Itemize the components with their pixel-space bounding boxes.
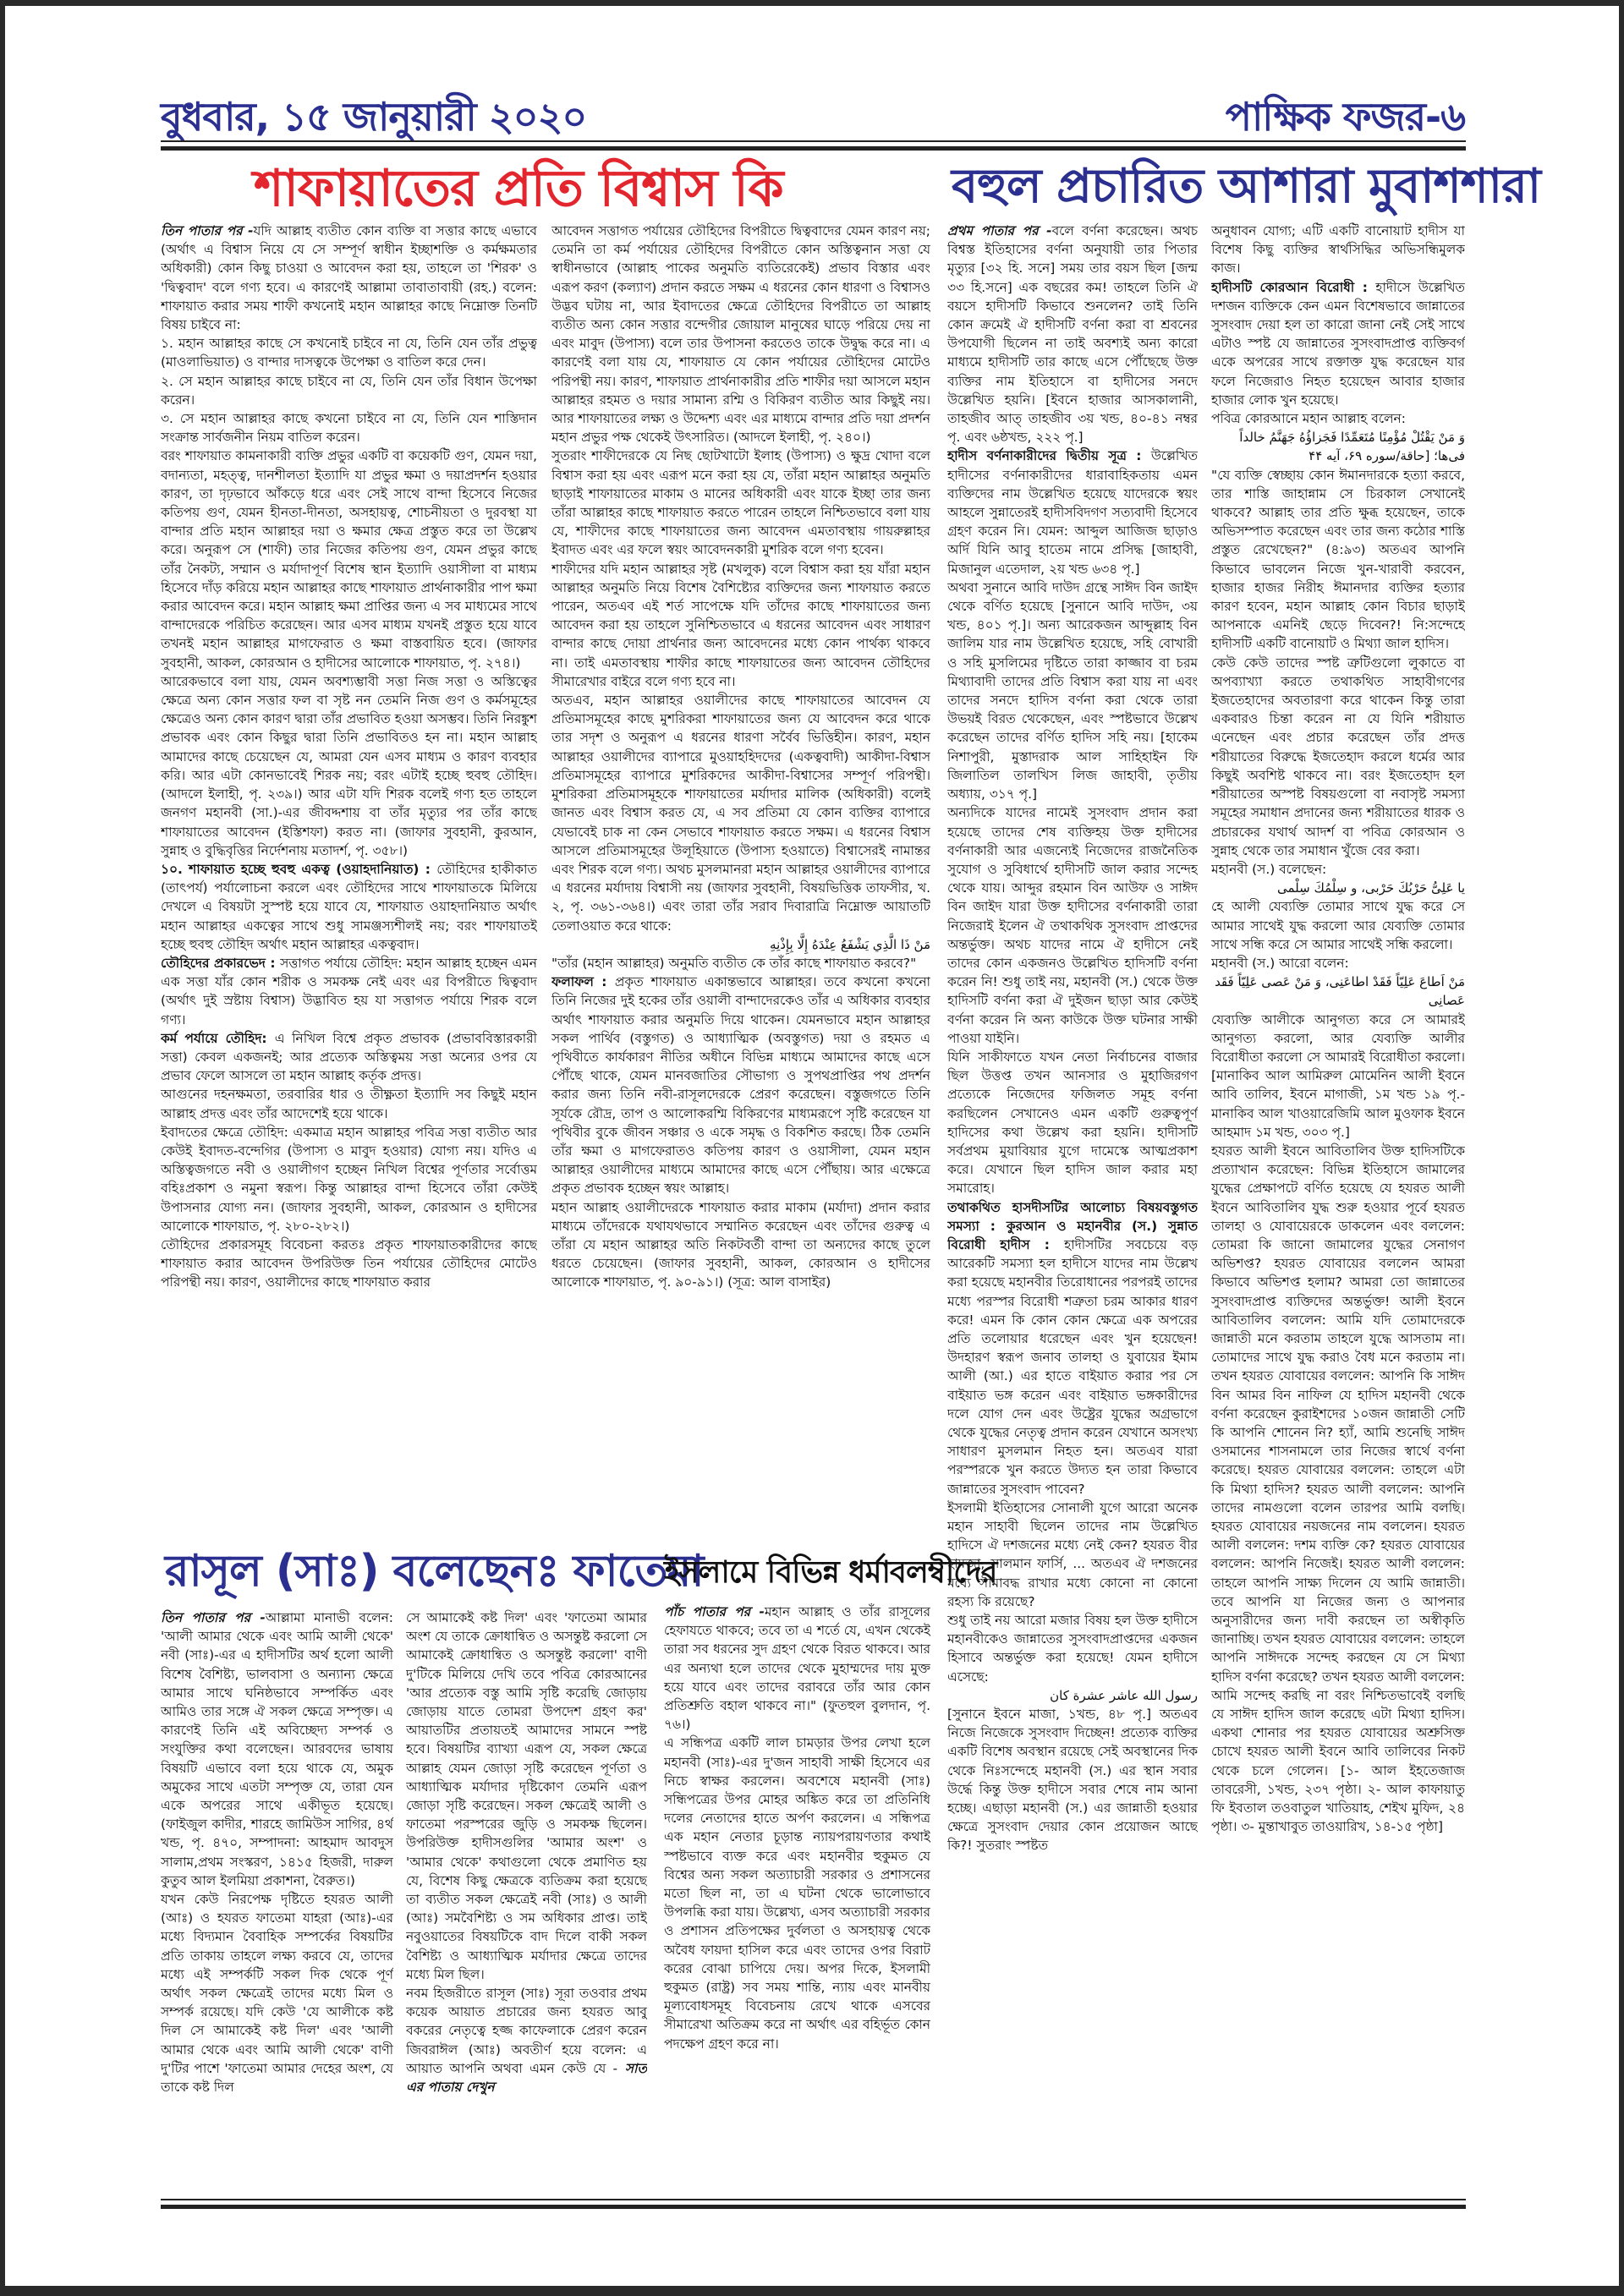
paragraph: ১০. শাফায়াত হচ্ছে হুবহু একত্ব (ওয়াহদান… <box>161 860 537 954</box>
continued-from-kicker: প্রথম পাতার পর - <box>947 223 1052 238</box>
paragraph: আরেকভাবে বলা যায়, যেমন অবশ্যম্ভাবী সত্ত… <box>161 672 537 860</box>
paragraph-text: আগুনের দহনক্ষমতা, তরবারির ধার ও তীক্ষ্ণত… <box>161 1087 537 1121</box>
headline-rasul-fatema: রাসূল (সাঃ) বলেছেনঃ ফাতেমা <box>165 1549 703 1593</box>
paragraph-text: ২. সে মহান আল্লাহর কাছে চাইবে না যে, তিন… <box>161 374 537 408</box>
paragraph: অতএব, মহান আল্লাহর ওয়ালীদের কাছে শাফায়… <box>551 691 930 935</box>
article-rasul-column-1: তিন পাতার পর -আল্লামা মানাভী বলেন: 'আলী … <box>161 1608 393 2200</box>
arabic-quote: رسول الله عاشر عشرة كان <box>947 1686 1198 1705</box>
paragraph: হাদীসটি কোরআন বিরোধী : হাদীসে উল্লেখিত দ… <box>1211 278 1465 409</box>
paragraph: যিনি সাকীফাতে যখন নেতা নির্বাচনের বাজার … <box>947 1048 1198 1198</box>
paragraph-text: মহানবী (স.) আরো বলেন: <box>1211 956 1349 971</box>
continued-from-kicker: তিন পাতার পর - <box>161 223 254 238</box>
headline-shafaat: শাফায়াতের প্রতি বিশ্বাস কি <box>254 163 783 214</box>
paragraph-text: অনুধাবন যোগ্য; এটি একটি বানোয়াট হাদীস য… <box>1211 223 1465 276</box>
paragraph-text: কেউ কেউ তাদের স্পষ্ট ত্রুটিগুলো লুকাতে ব… <box>1211 655 1465 858</box>
paragraph-text: আল্লামা মানাভী বলেন: 'আলী আমার থেকে এবং … <box>161 1610 393 1888</box>
paragraph: আগুনের দহনক্ষমতা, তরবারির ধার ও তীক্ষ্ণত… <box>161 1085 537 1122</box>
paragraph-text: "যে ব্যক্তি স্বেচ্ছায় কোন ঈমানদারকে হত্… <box>1211 468 1465 652</box>
paragraph: হাদীস বর্ণনাকারীদের দ্বিতীয় সূত্র : উল্… <box>947 447 1198 578</box>
article-ashara-column-2: অনুধাবন যোগ্য; এটি একটি বানোয়াট হাদীস য… <box>1211 222 1465 2200</box>
paragraph: ফলাফল : প্রকৃত শাফায়াত একান্তভাবে আল্লা… <box>551 973 930 1197</box>
paragraph-text: হাদীসে উল্লেখিত দশজন ব্যক্তিকে কেন এমন ব… <box>1211 280 1465 408</box>
paragraph-text: শাফীদের যদি মহান আল্লাহর সৃষ্ট (মখলুক) ব… <box>551 562 930 689</box>
paragraph: শাফীদের যদি মহান আল্লাহর সৃষ্ট (মখলুক) ব… <box>551 560 930 691</box>
paragraph: এ সন্ধিপত্র একটি লাল চামড়ার উপর লেখা হল… <box>664 1734 930 2052</box>
article-ashara-column-1: প্রথম পাতার পর -বলে বর্ণনা করেছেন। অথচ ব… <box>947 222 1198 2200</box>
headline-ashara-mubashshara: বহুল প্রচারিত আশারা মুবাশশারা <box>952 163 1540 211</box>
paragraph: তথাকথিত হাসদীসটির আলোচ্য বিষয়বস্তুগত সম… <box>947 1198 1198 1499</box>
paragraph: তৌহিদের প্রকারসমূহ বিবেচনা করতঃ প্রকৃত শ… <box>161 1236 537 1292</box>
paragraph: অন্যদিকে যাদের নামেই সুসংবাদ প্রদান করা … <box>947 803 1198 1048</box>
paragraph-text: অতএব, মহান আল্লাহর ওয়ালীদের কাছে শাফায়… <box>551 693 930 933</box>
arabic-quote: مَنْ اَطاعَ عَلِیّاً فَقَدْ اطاعَنِی، وَ… <box>1211 973 1465 1010</box>
paragraph: পবিত্র কোরআনে মহান আল্লাহ বলেন: <box>1211 409 1465 428</box>
paragraph-text: যিনি সাকীফাতে যখন নেতা নির্বাচনের বাজার … <box>947 1049 1198 1196</box>
article-shafaat-column-1: তিন পাতার পর -যদি আল্লাহ ব্যতীত কোন ব্যক… <box>161 222 537 1514</box>
paragraph-text: "তাঁর (মহান আল্লাহর) অনুমতি ব্যতীত কে তা… <box>551 956 916 971</box>
paragraph: মহান আল্লাহ ওয়ালীদেরকে শাফায়াত করার মা… <box>551 1198 930 1292</box>
paragraph-text: যখন কেউ নিরপেক্ষ দৃষ্টিতে হযরত আলী (আঃ) … <box>161 1892 393 2095</box>
paragraph-text: [সুনানে ইবনে মাজা, ১খন্ড, ৪৮ পৃ.] অতএব ন… <box>947 1707 1198 1853</box>
paragraph-text: তৌহিদের প্রকারসমূহ বিবেচনা করতঃ প্রকৃত শ… <box>161 1237 537 1290</box>
paragraph: প্রথম পাতার পর -বলে বর্ণনা করেছেন। অথচ ব… <box>947 222 1198 447</box>
paragraph: [সুনানে ইবনে মাজা, ১খন্ড, ৪৮ পৃ.] অতএব ন… <box>947 1705 1198 1855</box>
paragraph-text: আরেকভাবে বলা যায়, যেমন অবশ্যম্ভাবী সত্ত… <box>161 674 537 858</box>
paragraph: মহানবী (স.) বলেছেন: <box>1211 860 1465 879</box>
paragraph: নবম হিজরীতে রাসূল (সাঃ) সূরা তওবার প্রথম… <box>406 1984 647 2096</box>
paragraph: ৩. সে মহান আল্লাহর কাছে কখনো চাইবে না যে… <box>161 409 537 447</box>
paragraph-text: এ সন্ধিপত্র একটি লাল চামড়ার উপর লেখা হল… <box>664 1735 930 2051</box>
paragraph-text: মহান আল্লাহ ও তাঁর রাসূলের হেফাযতে থাকবে… <box>664 1604 930 1732</box>
paragraph: তিন পাতার পর -আল্লামা মানাভী বলেন: 'আলী … <box>161 1608 393 1890</box>
paragraph: সে আমাকেই কষ্ট দিল' এবং 'ফাতেমা আমার অংশ… <box>406 1608 647 1984</box>
paragraph: ইবাদতের ক্ষেত্রে তৌহিদ: একমাত্র মহান আল্… <box>161 1123 537 1236</box>
paragraph: কেউ কেউ তাদের স্পষ্ট ত্রুটিগুলো লুকাতে ব… <box>1211 654 1465 860</box>
paragraph: কর্ম পর্যায়ে তৌহিদ: এ নিখিল বিশ্বে প্রক… <box>161 1029 537 1086</box>
subheading: হাদীসটি কোরআন বিরোধী : <box>1211 280 1375 295</box>
paragraph-text: হে আলী যেব্যক্তি তোমার সাথে যুদ্ধ করে সে… <box>1211 899 1465 951</box>
paragraph-text: যদি আল্লাহ ব্যতীত কোন ব্যক্তি বা সত্তার … <box>161 223 537 332</box>
arabic-quote: وَ مَنْ يَقْتُلْ مُؤْمِنًا مُتَعَمِّدًا … <box>1211 428 1465 465</box>
paragraph: পাঁচ পাতার পর -মহান আল্লাহ ও তাঁর রাসূলে… <box>664 1603 930 1734</box>
paragraph: তিন পাতার পর -যদি আল্লাহ ব্যতীত কোন ব্যক… <box>161 222 537 334</box>
paragraph-text: অন্যদিকে যাদের নামেই সুসংবাদ প্রদান করা … <box>947 805 1198 1045</box>
paragraph: মহানবী (স.) আরো বলেন: <box>1211 954 1465 973</box>
subheading: তৌহিদের প্রকারভেদ : <box>161 956 280 971</box>
article-rasul-column-2: সে আমাকেই কষ্ট দিল' এবং 'ফাতেমা আমার অংশ… <box>406 1608 647 2200</box>
subheading: হাদীস বর্ণনাকারীদের দ্বিতীয় সূত্র : <box>947 448 1151 463</box>
paragraph-text: নবম হিজরীতে রাসূল (সাঃ) সূরা তওবার প্রথম… <box>406 1986 647 2076</box>
paragraph-text: হযরত আলী ইবনে আবিতালিব উক্ত হাদিসটিকে প্… <box>1211 1143 1465 1834</box>
paragraph: হযরত আলী ইবনে আবিতালিব উক্ত হাদিসটিকে প্… <box>1211 1142 1465 1837</box>
paragraph-text: মহানবী (স.) বলেছেন: <box>1211 862 1326 877</box>
headline-islam-religions: ইসলামে বিভিন্ন ধর্মাবলম্বীদের <box>664 1558 996 1588</box>
paragraph-text: আবেদন সত্তাগত পর্যায়ের তৌহিদের বিপরীতে … <box>551 223 930 445</box>
paragraph-text: সে আমাকেই কষ্ট দিল' এবং 'ফাতেমা আমার অংশ… <box>406 1610 647 1982</box>
arabic-quote: مَنْ ذَا الَّذِي يَشْفَعُ عِنْدَهُ إِلَّ… <box>551 935 930 954</box>
paragraph-text: ৩. সে মহান আল্লাহর কাছে কখনো চাইবে না যে… <box>161 411 537 445</box>
paragraph-text: মহান আল্লাহ ওয়ালীদেরকে শাফায়াত করার মা… <box>551 1200 930 1290</box>
paragraph-text: বরং শাফায়াত কামনাকারী ব্যক্তি প্রভুর এক… <box>161 448 537 670</box>
paragraph: শুধু তাই নয় আরো মজার বিষয় হল উক্ত হাদী… <box>947 1611 1198 1686</box>
paragraph-text: অথবা সুনানে আবি দাউদ গ্রন্থে সাঈদ বিন জা… <box>947 580 1198 802</box>
paragraph-text: সুতরাং শাফীদেরকে যে নিছ ছোটখাটো ইলাহ (উপ… <box>551 448 930 557</box>
paragraph-text: হাদীসটির সবচেয়ে বড় আরেকটি সমস্যা হল হা… <box>947 1237 1198 1497</box>
paragraph: যেব্যক্তি আলীকে আনুগত্য করে সে আমারই আনু… <box>1211 1011 1465 1142</box>
paragraph: ১. মহান আল্লাহর কাছে সে কখনোই চাইবে না য… <box>161 334 537 371</box>
paragraph-text: ইবাদতের ক্ষেত্রে তৌহিদ: একমাত্র মহান আল্… <box>161 1125 537 1234</box>
paragraph: সুতরাং শাফীদেরকে যে নিছ ছোটখাটো ইলাহ (উপ… <box>551 447 930 559</box>
arabic-quote: يا عَلِىُّ حَرْبُكَ حَرْبى، و سِلْمُكَ س… <box>1211 879 1465 897</box>
footer-double-rule <box>161 2199 1466 2209</box>
paragraph-text: যেব্যক্তি আলীকে আনুগত্য করে সে আমারই আনু… <box>1211 1012 1465 1140</box>
paragraph-text: ১. মহান আল্লাহর কাছে সে কখনোই চাইবে না য… <box>161 336 537 370</box>
article-shafaat-column-2: আবেদন সত্তাগত পর্যায়ের তৌহিদের বিপরীতে … <box>551 222 930 1514</box>
continued-from-kicker: তিন পাতার পর - <box>161 1610 266 1625</box>
masthead-double-rule <box>161 140 1466 151</box>
paragraph-text: প্রকৃত শাফায়াত একান্তভাবে আল্লাহর। তবে … <box>551 974 930 1196</box>
publication-page-label: পাক্ষিক ফজর-৬ <box>1226 93 1465 140</box>
paragraph: হে আলী যেব্যক্তি তোমার সাথে যুদ্ধ করে সে… <box>1211 897 1465 954</box>
paragraph: ২. সে মহান আল্লাহর কাছে চাইবে না যে, তিন… <box>161 372 537 409</box>
paragraph: যখন কেউ নিরপেক্ষ দৃষ্টিতে হযরত আলী (আঃ) … <box>161 1890 393 2096</box>
paragraph: "যে ব্যক্তি স্বেচ্ছায় কোন ঈমানদারকে হত্… <box>1211 466 1465 654</box>
paragraph-text: শুধু তাই নয় আরো মজার বিষয় হল উক্ত হাদী… <box>947 1613 1198 1685</box>
subheading: কর্ম পর্যায়ে তৌহিদ: <box>161 1031 275 1046</box>
paragraph: "তাঁর (মহান আল্লাহর) অনুমতি ব্যতীত কে তা… <box>551 954 930 973</box>
paragraph: অথবা সুনানে আবি দাউদ গ্রন্থে সাঈদ বিন জা… <box>947 578 1198 803</box>
issue-date: বুধবার, ১৫ জানুয়ারী ২০২০ <box>161 93 586 140</box>
continued-from-kicker: পাঁচ পাতার পর - <box>664 1604 765 1619</box>
paragraph-text: পবিত্র কোরআনে মহান আল্লাহ বলেন: <box>1211 411 1406 426</box>
paragraph-text: উল্লেখিত হাদীসের বর্ণনাকারীদের ধারাবাহিক… <box>947 448 1198 576</box>
paragraph: তৌহিদের প্রকারভেদ : সত্তাগত পর্যায়ে তৌহ… <box>161 954 537 1029</box>
paragraph: বরং শাফায়াত কামনাকারী ব্যক্তি প্রভুর এক… <box>161 447 537 671</box>
subheading: ফলাফল : <box>551 974 615 989</box>
paragraph: আবেদন সত্তাগত পর্যায়ের তৌহিদের বিপরীতে … <box>551 222 930 447</box>
article-islam-column-1: পাঁচ পাতার পর -মহান আল্লাহ ও তাঁর রাসূলে… <box>664 1603 930 2200</box>
paragraph: অনুধাবন যোগ্য; এটি একটি বানোয়াট হাদীস য… <box>1211 222 1465 278</box>
subheading: ১০. শাফায়াত হচ্ছে হুবহু একত্ব (ওয়াহদান… <box>161 862 436 877</box>
paragraph-text: বলে বর্ণনা করেছেন। অথচ বিশ্বস্ত ইতিহাসের… <box>947 223 1198 445</box>
